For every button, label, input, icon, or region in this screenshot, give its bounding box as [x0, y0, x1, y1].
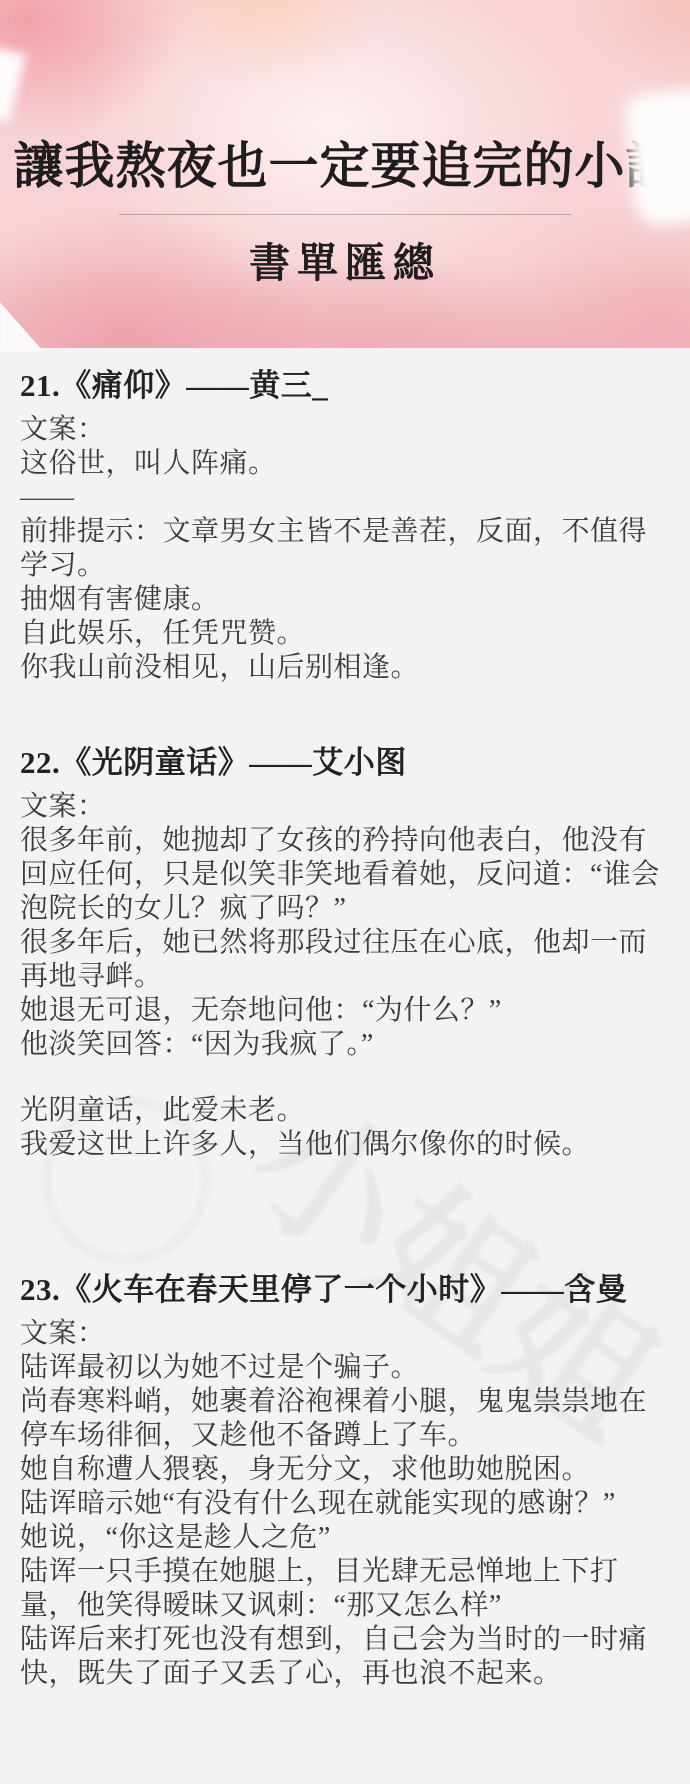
watercolor-edge-streak [623, 88, 690, 227]
synopsis-line: 她说，“你这是趁人之危” [20, 1521, 670, 1555]
watercolor-torn-corner [0, 300, 44, 352]
synopsis-line: 这俗世，叫人阵痛。 [20, 447, 670, 481]
synopsis-line: 很多年前，她抛却了女孩的矜持向他表白，他没有回应任何，只是似笑非笑地看着她，反问… [20, 824, 670, 926]
header-banner: 讓我熬夜也一定要追完的小説 書單匯總 [0, 0, 690, 348]
page-subtitle: 書單匯總 [0, 230, 690, 289]
synopsis-line: 我爱这世上许多人，当他们偶尔像你的时候。 [20, 1128, 670, 1162]
book-entry-23: 23.《火车在春天里停了一个小时》——含曼 文案： 陆诨最初以为她不过是个骗子。… [20, 1268, 670, 1691]
book-entry-22: 22.《光阴童话》——艾小图 文案： 很多年前，她抛却了女孩的矜持向他表白，他没… [20, 741, 670, 1162]
synopsis-line: 她退无可退，无奈地问他：“为什么？” [20, 994, 670, 1028]
synopsis-line: 尚春寒料峭，她裹着浴袍裸着小腿，鬼鬼祟祟地在停车场徘徊，又趁他不备蹲上了车。 [20, 1385, 670, 1453]
synopsis-label: 文案： [20, 790, 670, 824]
synopsis-label: 文案： [20, 413, 670, 447]
synopsis-line: 抽烟有害健康。 [20, 583, 670, 617]
dash-separator: —— [20, 481, 670, 515]
booklist-page: 讓我熬夜也一定要追完的小説 書單匯總 小姐姐 21.《痛仰》——黄三_ 文案： … [0, 0, 690, 1784]
synopsis-line: 自此娱乐，任凭咒赞。 [20, 617, 670, 651]
book-list: 小姐姐 21.《痛仰》——黄三_ 文案： 这俗世，叫人阵痛。 —— 前排提示：文… [0, 348, 690, 1691]
book-entry-heading: 23.《火车在春天里停了一个小时》——含曼 [20, 1268, 670, 1312]
book-entry-heading: 22.《光阴童话》——艾小图 [20, 741, 670, 785]
synopsis-line: 她自称遭人猥亵，身无分文，求他助她脱困。 [20, 1453, 670, 1487]
book-entry-heading: 21.《痛仰》——黄三_ [20, 364, 670, 408]
title-divider [119, 214, 571, 215]
watercolor-edge-wedge [0, 47, 26, 123]
synopsis-line: 陆诨后来打死也没有想到，自己会为当时的一时痛快，既失了面子又丢了心，再也浪不起来… [20, 1623, 670, 1691]
synopsis-line: 他淡笑回答：“因为我疯了。” [20, 1028, 670, 1062]
synopsis-line: 你我山前没相见，山后别相逢。 [20, 651, 670, 685]
page-title: 讓我熬夜也一定要追完的小説 [0, 126, 690, 198]
book-entry-21: 21.《痛仰》——黄三_ 文案： 这俗世，叫人阵痛。 —— 前排提示：文章男女主… [20, 364, 670, 685]
synopsis-line: 陆诨最初以为她不过是个骗子。 [20, 1351, 670, 1385]
synopsis-line: 很多年后，她已然将那段过往压在心底，他却一而再地寻衅。 [20, 926, 670, 994]
synopsis-line: 陆诨暗示她“有没有什么现在就能实现的感谢？” [20, 1487, 670, 1521]
synopsis-label: 文案： [20, 1317, 670, 1351]
synopsis-line: 前排提示：文章男女主皆不是善茬，反面，不值得学习。 [20, 515, 670, 583]
synopsis-line: 陆诨一只手摸在她腿上，目光肆无忌惮地上下打量，他笑得暧昧又讽刺：“那又怎么样” [20, 1555, 670, 1623]
synopsis-line: 光阴童话，此爱未老。 [20, 1094, 670, 1128]
